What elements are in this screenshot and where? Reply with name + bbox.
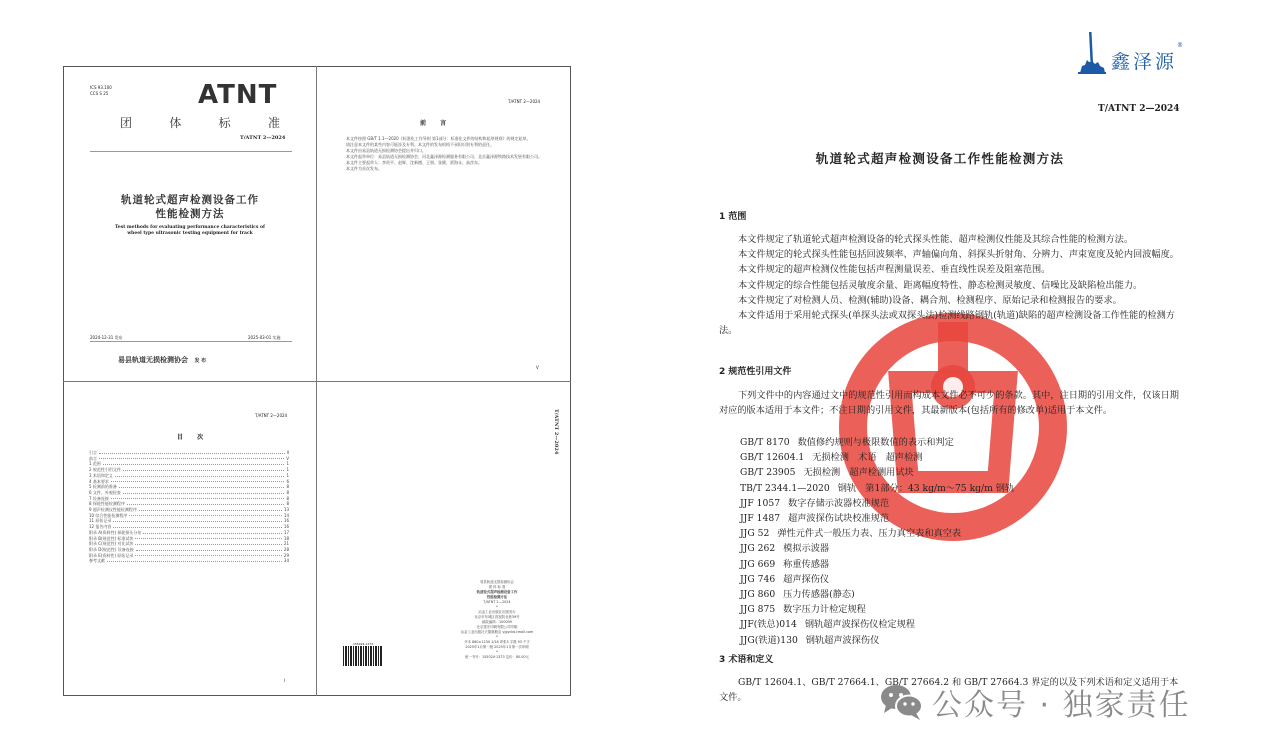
reference-item: JJF 1487超声波探伤试块校准规范 — [740, 510, 889, 524]
reference-item: JJG 746超声探伤仪 — [740, 571, 829, 585]
reference-code: JJG 262 — [740, 543, 775, 554]
reference-code: GB/T 12604.1 — [740, 452, 804, 463]
reference-title: 钢轨超声波探伤仪检定规程 — [805, 619, 915, 630]
toc-leader — [123, 490, 285, 494]
reference-item: JJF 1057数字存储示波器校准规范 — [740, 495, 889, 509]
cover-category-char: 准 — [268, 114, 280, 131]
barcode: 155024·1373 — [343, 642, 383, 666]
reference-code: JJG 875 — [740, 604, 775, 615]
reference-title: 数字压力计检定规程 — [783, 604, 866, 615]
cover-publisher-name: 易县轨道无损检测协会 — [118, 355, 188, 364]
cover-title-line2: 性能检测方法 — [70, 206, 310, 221]
standard-number: T/ATNT 2—2024 — [1098, 104, 1180, 114]
reference-title: 数字存储示波器校准规范 — [788, 498, 889, 509]
toc-entry-page: 34 — [284, 558, 289, 564]
reference-code: GB/T 23905 — [740, 467, 795, 478]
toc-leader — [111, 496, 285, 500]
toc-list: 引言II前言V1 范围12 规范性引用文件13 术语和定义14 基本要求65 检… — [89, 450, 289, 564]
toc-header: T/ATNT 2—2024 — [255, 413, 287, 419]
cover-brand: ATNT — [198, 80, 277, 110]
reference-code: GB/T 8170 — [740, 437, 790, 448]
reference-title: 无损检测 术语 超声检测 — [812, 452, 922, 463]
reference-title: 压力传感器(静态) — [783, 589, 854, 600]
brand-logo: 鑫泽源 ® — [1078, 32, 1183, 74]
spine-text: T/ATNT 2—2024 — [553, 409, 559, 454]
toc-leader — [115, 473, 285, 477]
wechat-icon — [880, 683, 924, 721]
toc-leader — [113, 524, 282, 528]
toc-leader — [99, 450, 285, 454]
section1-paragraph: 本文件规定的超声检测仪性能包括声程测量误差、垂直线性误差及阻塞范围。 — [719, 262, 1179, 277]
toc-leader — [135, 541, 281, 545]
cover-category-char: 标 — [219, 114, 231, 131]
reference-title: 钢轨超声波探伤仪 — [806, 635, 880, 646]
toc-leader — [136, 547, 282, 551]
section2-intro: 下列文件中的内容通过文中的规范性引用而构成本文件必不可少的条款。其中，注日期的引… — [719, 388, 1179, 418]
section1-paragraph: 本文件规定了对检测人员、检测(辅助)设备、耦合剂、检测程序、原始记录和检测报告的… — [719, 293, 1179, 308]
colophon-line: 统一书号：155024·1373 定价：80.00元 — [447, 655, 547, 660]
toc-leader — [139, 507, 282, 511]
cover-publisher-suffix: 发 布 — [194, 358, 206, 364]
reference-item: JJG 669称重传感器 — [740, 556, 829, 570]
reference-code: JJF 1487 — [740, 513, 780, 524]
toc-leader — [103, 461, 285, 465]
section1-heading: 1 范围 — [719, 209, 746, 222]
toc-title: 目 次 — [177, 432, 209, 441]
section1-paragraph: 本文件适用于采用轮式探头(单探头法或双探头法)检测线路钢轨(轨道)缺陷的超声检测… — [719, 308, 1179, 338]
reference-code: TB/T 2344.1—2020 — [740, 483, 830, 494]
toc-leader — [111, 479, 285, 483]
reference-item: JJG 875数字压力计检定规程 — [740, 601, 866, 615]
reference-title: 无损检测 超声检测用试块 — [803, 467, 913, 478]
document-title: 轨道轮式超声检测设备工作性能检测方法 — [740, 149, 1140, 167]
foreword-header: T/ATNT 2—2024 — [508, 99, 540, 105]
reference-title: 弹性元件式一般压力表、压力真空表和真空表 — [777, 528, 961, 539]
tower-logo-icon — [1078, 32, 1106, 74]
wechat-watermark: 公众号 · 独家责任 — [880, 680, 1191, 724]
cover-publisher: 易县轨道无损检测协会 发 布 — [118, 355, 206, 365]
reference-title: 超声探伤仪 — [783, 574, 829, 585]
reference-item: JJG 262模拟示波器 — [740, 540, 829, 554]
cover-ccs: CCS S 25 — [90, 91, 108, 97]
toc-leader — [135, 536, 281, 540]
foreword-paragraph: 本文件为首次发布。 — [338, 166, 560, 172]
foreword-body: 本文件按照 GB/T 1.1—2020《标准化工作导则 第1部分：标准化文件的结… — [338, 136, 560, 172]
barcode-bars — [343, 646, 383, 666]
foreword-page-number: V — [536, 365, 539, 371]
reference-item: JJG 860压力传感器(静态) — [740, 586, 855, 600]
reference-item: TB/T 2344.1—2020钢轨 第1部分：43 kg/m～75 kg/m … — [740, 480, 1014, 494]
watermark-text: 公众号 · 独家责任 — [932, 680, 1191, 724]
toc-page-number: I — [284, 678, 285, 684]
cover-category-char: 体 — [169, 114, 181, 131]
section1-paragraph: 本文件规定的轮式探头性能包括回波频率、声轴偏向角、斜探头折射角、分辨力、声束宽度… — [719, 247, 1179, 262]
reference-item: JJG(铁道)130钢轨超声波探伤仪 — [740, 632, 879, 646]
reference-code: JJG(铁道)130 — [740, 632, 798, 646]
toc-leader — [129, 513, 282, 517]
page-divider-horizontal — [63, 381, 571, 382]
section1-paragraph: 本文件规定了轨道轮式超声检测设备的轮式探头性能、超声检测仪性能及其综合性能的检测… — [719, 232, 1179, 247]
reference-item: GB/T 12604.1无损检测 术语 超声检测 — [740, 449, 922, 463]
reference-code: JJF 1057 — [740, 498, 780, 509]
reference-title: 超声波探伤试块校准规范 — [788, 513, 889, 524]
cover-category-char: 团 — [120, 114, 132, 131]
reference-code: JJF(铁总)014 — [740, 616, 797, 630]
reference-item: JJG 52弹性元件式一般压力表、压力真空表和真空表 — [740, 525, 961, 539]
cover-title-line1: 轨道轮式超声检测设备工作 — [70, 192, 310, 207]
reference-code: JJG 669 — [740, 559, 775, 570]
foreword-title: 前 言 — [420, 118, 452, 127]
reference-title: 钢轨 第1部分：43 kg/m～75 kg/m 钢轨 — [838, 483, 1014, 494]
toc-leader — [99, 456, 284, 460]
cover-english-line2: wheel type ultrasonic testing equipment … — [70, 231, 310, 237]
cover-category: 团 体 标 准 — [120, 114, 280, 131]
section1-body: 本文件规定了轨道轮式超声检测设备的轮式探头性能、超声检测仪性能及其综合性能的检测… — [719, 232, 1179, 338]
cover-rule — [90, 151, 292, 152]
registered-mark-icon: ® — [1177, 42, 1183, 49]
toc-leader — [127, 501, 285, 505]
toc-leader — [123, 467, 285, 471]
reference-title: 模拟示波器 — [783, 543, 829, 554]
toc-leader — [107, 558, 282, 562]
toc-leader — [143, 530, 282, 534]
cover-standard-number: T/ATNT 2—2024 — [240, 135, 285, 142]
toc-entry-label: 参考文献 — [89, 558, 105, 564]
reference-item: GB/T 23905无损检测 超声检测用试块 — [740, 464, 914, 478]
reference-code: JJG 860 — [740, 589, 775, 600]
colophon: 易县轨道无损检测协会团 体 标 准轨道轮式超声检测设备工作性能检测方法T/ATN… — [447, 580, 547, 660]
section2-heading: 2 规范性引用文件 — [719, 364, 791, 377]
reference-code: JJG 746 — [740, 574, 775, 585]
section1-paragraph: 本文件规定的综合性能包括灵敏度余量、距离幅度特性、静态检测灵敏度、信噪比及缺陷检… — [719, 278, 1179, 293]
reference-title: 称重传感器 — [783, 559, 829, 570]
toc-leader — [119, 484, 285, 488]
toc-leader — [135, 553, 282, 557]
section3-heading: 3 术语和定义 — [719, 652, 773, 665]
reference-item: JJF(铁总)014钢轨超声波探伤仪检定规程 — [740, 616, 915, 630]
cover-date-rule — [90, 341, 292, 342]
logo-text: 鑫泽源 — [1111, 47, 1177, 74]
toc-leader — [113, 518, 282, 522]
reference-code: JJG 52 — [740, 528, 769, 539]
reference-title: 数值修约规则与极限数值的表示和判定 — [798, 437, 954, 448]
toc-entry[interactable]: 参考文献34 — [89, 558, 289, 564]
reference-item: GB/T 8170数值修约规则与极限数值的表示和判定 — [740, 434, 954, 448]
